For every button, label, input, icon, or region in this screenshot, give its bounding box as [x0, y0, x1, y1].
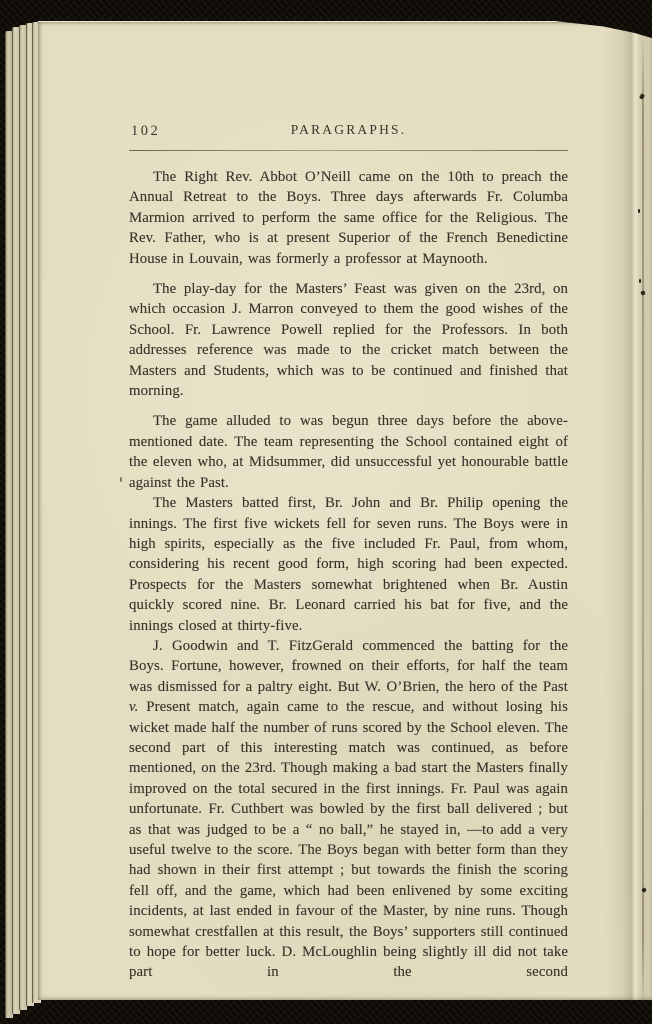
paragraph: The Right Rev. Abbot O’Neill came on the… — [129, 167, 568, 269]
running-header: PARAGRAPHS. — [129, 122, 568, 138]
book-page: 102 PARAGRAPHS. The Right Rev. Abbot O’N… — [38, 21, 652, 1000]
scan-speck — [120, 477, 122, 482]
page-header: 102 PARAGRAPHS. — [129, 122, 568, 142]
scan-speck — [638, 209, 640, 213]
paragraph: J. Goodwin and T. FitzGerald commenced t… — [129, 636, 568, 983]
header-rule — [129, 150, 568, 151]
page-body: The Right Rev. Abbot O’Neill came on the… — [129, 167, 568, 983]
scan-speck — [639, 279, 641, 283]
page-number: 102 — [131, 123, 160, 140]
paragraph: The play-day for the Masters’ Feast was … — [129, 279, 568, 401]
paragraph: The Masters batted first, Br. John and B… — [129, 493, 568, 636]
scanned-book-photo: 102 PARAGRAPHS. The Right Rev. Abbot O’N… — [0, 0, 652, 1024]
binding-gutter-shadow — [604, 22, 652, 1000]
paragraph: The game alluded to was begun three days… — [129, 411, 568, 493]
page-content: 102 PARAGRAPHS. The Right Rev. Abbot O’N… — [129, 122, 568, 983]
